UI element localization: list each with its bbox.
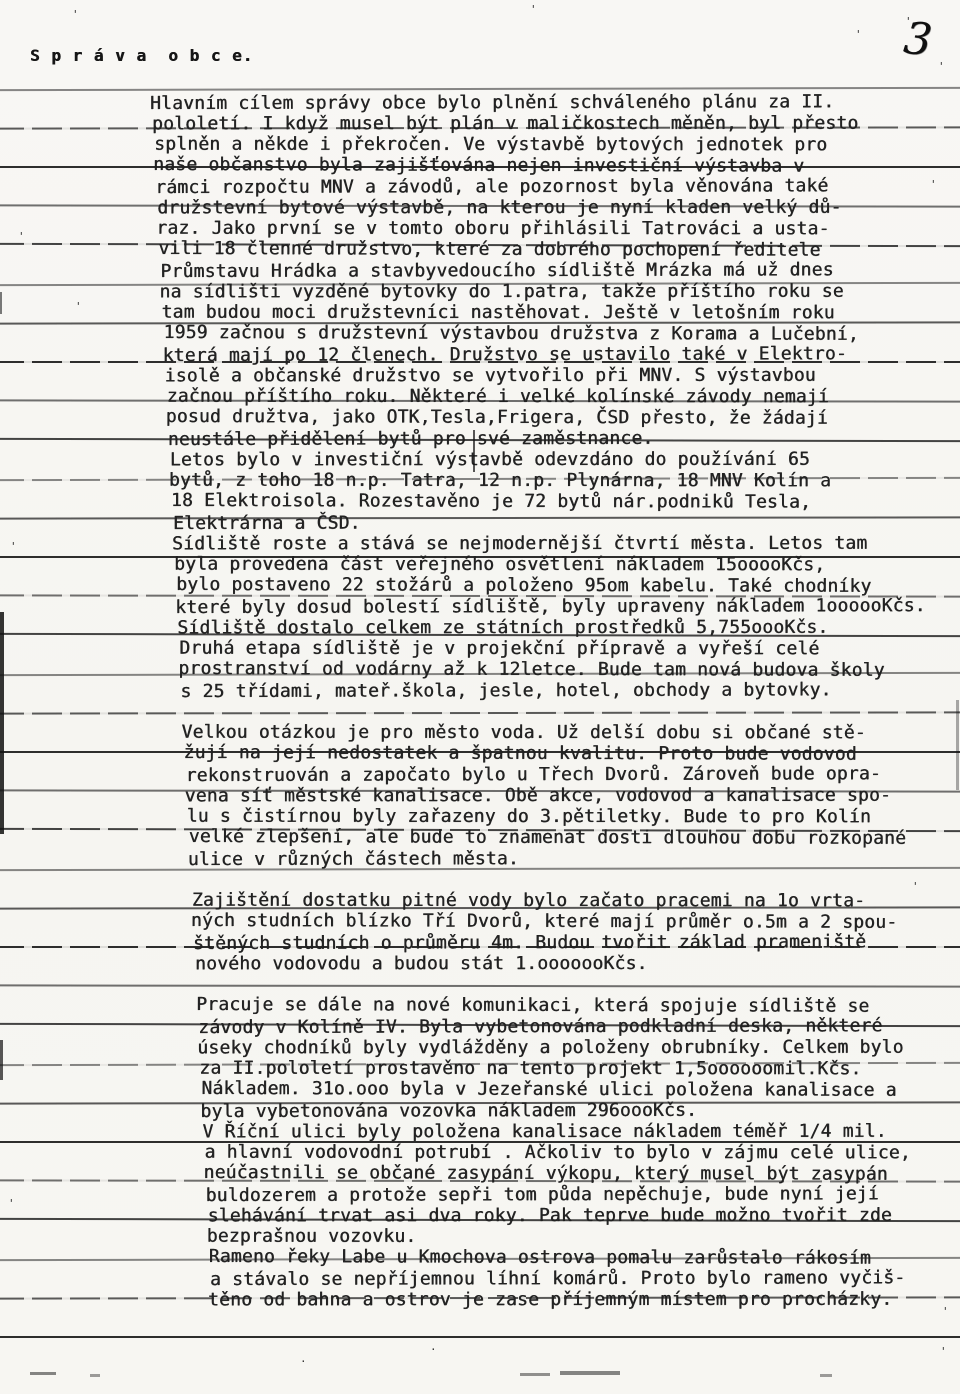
text-line: za II.pololetí prostavěno na tento proje…	[199, 1058, 960, 1080]
text-line: Hlavním cílem správy obce bylo plnění sc…	[150, 91, 950, 114]
ink-speck: '	[855, 28, 862, 41]
text-line: štěných studních o průměru 4m. Budou tvo…	[193, 931, 960, 954]
ink-speck: '	[72, 8, 79, 21]
text-line: Letos bylo v investiční výstavbě odevzdá…	[170, 449, 960, 471]
ink-speck: '	[75, 300, 82, 313]
scan-artifact	[560, 1371, 620, 1375]
ink-speck: '	[940, 1345, 947, 1358]
text-line: Elektrárna a ČSD.	[173, 511, 960, 534]
text-line: ných studních blízko Tří Dvorů, které ma…	[191, 910, 960, 933]
paragraph: Pracuje se dále na nové komunikaci, kter…	[150, 995, 950, 1310]
paragraph: Velkou otázkou je pro město voda. Už del…	[150, 722, 950, 869]
text-line: posud družtva, jako OTK,Tesla,Frigera, Č…	[166, 406, 960, 429]
text-line: družstevní bytové výstavbě, na kterou je…	[157, 197, 957, 219]
ink-speck: '	[8, 1197, 15, 1210]
text-line: Pracuje se dále na nové komunikaci, kter…	[196, 994, 960, 1017]
scanned-page: 3 S p r á v a o b c e. Hlavním cílem spr…	[0, 0, 960, 1394]
scan-artifact	[90, 1374, 100, 1377]
text-line: vili 18 členné družstvo, které za dobréh…	[158, 238, 958, 261]
ruled-line	[0, 1336, 960, 1338]
scan-artifact	[520, 1373, 550, 1376]
text-line: závody v Kolíně IV. Byla vybetonována po…	[198, 1015, 960, 1038]
text-line: které byly dosud bolestí sídliště, byly …	[175, 595, 960, 618]
text-line: byla vybetonována vozovka nákladem 296oo…	[200, 1099, 960, 1122]
paragraph: Zajištění dostatku pitné vody bylo začat…	[150, 890, 950, 974]
scan-artifact	[0, 612, 4, 834]
ink-speck: '	[18, 230, 25, 243]
text-line: a stávalo se nepříjemnou líhní komárů. P…	[210, 1267, 960, 1290]
text-line: Průmstavu Hrádka a stavbyvedoucího sídli…	[160, 259, 960, 282]
text-line: 1959 začnou s družstevní výstavbou družs…	[164, 322, 960, 345]
ink-speck: .	[430, 1340, 437, 1353]
ink-speck: '	[938, 60, 945, 73]
scan-artifact	[0, 1040, 3, 1080]
text-line: V Říční ulici byly položena kanalisace n…	[202, 1121, 960, 1143]
text-line: rámci rozpočtu MNV a závodů, ale pozorno…	[155, 175, 955, 198]
text-line: bezprašnou vozovku.	[207, 1226, 960, 1248]
text-line: bytů, z toho 18 n.p. Tatra, 12 n.p. Plyn…	[169, 470, 960, 492]
text-line: buldozerem a protože sepři tom půda nepě…	[206, 1183, 960, 1206]
text-line: žují na její nedostatek a špatnou kvalit…	[184, 742, 960, 765]
text-line: Sídliště dostalo celkem ze státních pros…	[177, 617, 960, 639]
text-line: která mají po 12 členech. Družstvo se us…	[163, 343, 960, 366]
ink-speck: '	[10, 540, 17, 553]
text-line: pololetí. I když musel být plán v maličk…	[152, 113, 952, 135]
text-line: lu s čistírnou byly zařazeny do 3.pětile…	[187, 806, 960, 828]
text-line: nového vodovodu a budou stát 1.ooooooKčs…	[195, 953, 960, 975]
text-line: Velkou otázkou je pro město voda. Už del…	[181, 722, 960, 744]
text-line: Sídliště roste a stává se nejmodernější …	[172, 533, 960, 555]
scan-artifact	[0, 292, 2, 314]
page-number: 3	[901, 13, 934, 67]
paragraph: Hlavním cílem správy obce bylo plnění sc…	[150, 92, 950, 701]
text-line: byla provedena část veřejného osvětlení …	[174, 554, 960, 576]
text-line: Rameno řeky Labe u Kmochova ostrova poma…	[209, 1246, 960, 1269]
text-line: s 25 třídami, mateř.škola, jesle, hotel,…	[180, 679, 960, 702]
text-line: Nákladem. 31o.ooo byla v Jezeřanské ulic…	[201, 1078, 960, 1101]
text-line: rekonstruován a započato bylo u Třech Dv…	[186, 763, 960, 786]
text-line: splněn a někde i překročen. Ve výstavbě …	[154, 134, 954, 156]
text-line: vena síť městské kanalisace. Obě akce, v…	[185, 785, 960, 807]
text-line: neúčastnili se občané zasypání výkopu, k…	[204, 1162, 960, 1185]
ink-speck: '	[530, 3, 537, 16]
text-line: Zajištění dostatku pitné vody bylo začat…	[192, 890, 960, 912]
text-line: tam budou moci družstevníci nastěhovat. …	[161, 302, 960, 324]
text-line: velké zlepšení, ale bude to znamenat dos…	[189, 826, 960, 849]
text-line: prostranství od vodárny až k 12letce. Bu…	[178, 658, 960, 681]
text-line: slehávání trvat asi dva roky. Pak teprve…	[208, 1205, 960, 1227]
text-line: 18 Elektroisola. Rozestavěno je 72 bytů …	[171, 490, 960, 513]
ink-speck: .	[300, 1352, 307, 1365]
text-line: naše občanstvo byla zajišťována nejen in…	[153, 154, 953, 177]
text-line: úseky chodníků byly vydlážděny a položen…	[197, 1037, 960, 1059]
text-line: a hlavní vodovodní potrubí . Ačkoliv to …	[204, 1142, 960, 1164]
text-line: bylo postaveno 22 stožárů a položeno 95o…	[176, 574, 960, 597]
page-title: S p r á v a o b c e.	[30, 46, 253, 65]
text-line: Druhá etapa sídliště je v projekční příp…	[179, 638, 960, 660]
text-line: těno od bahna a ostrov je zase příjemným…	[208, 1289, 960, 1311]
text-line: na sídlišti vyzděné bytovky do 1.patra, …	[159, 281, 959, 303]
document-body: Hlavním cílem správy obce bylo plnění sc…	[150, 92, 950, 1331]
scan-artifact	[30, 1372, 56, 1375]
text-line: ulice v různých částech města.	[188, 847, 960, 870]
text-line: raz. Jako první se v tomto oboru přihlás…	[156, 218, 956, 240]
text-line: neustále přidělení bytů pro své zaměstna…	[168, 427, 960, 450]
text-line: začnou příštího roku. Některé i velké ko…	[167, 386, 960, 408]
scan-artifact	[820, 1374, 832, 1377]
text-line: isolě a občanské družstvo se vytvořilo p…	[165, 365, 960, 387]
